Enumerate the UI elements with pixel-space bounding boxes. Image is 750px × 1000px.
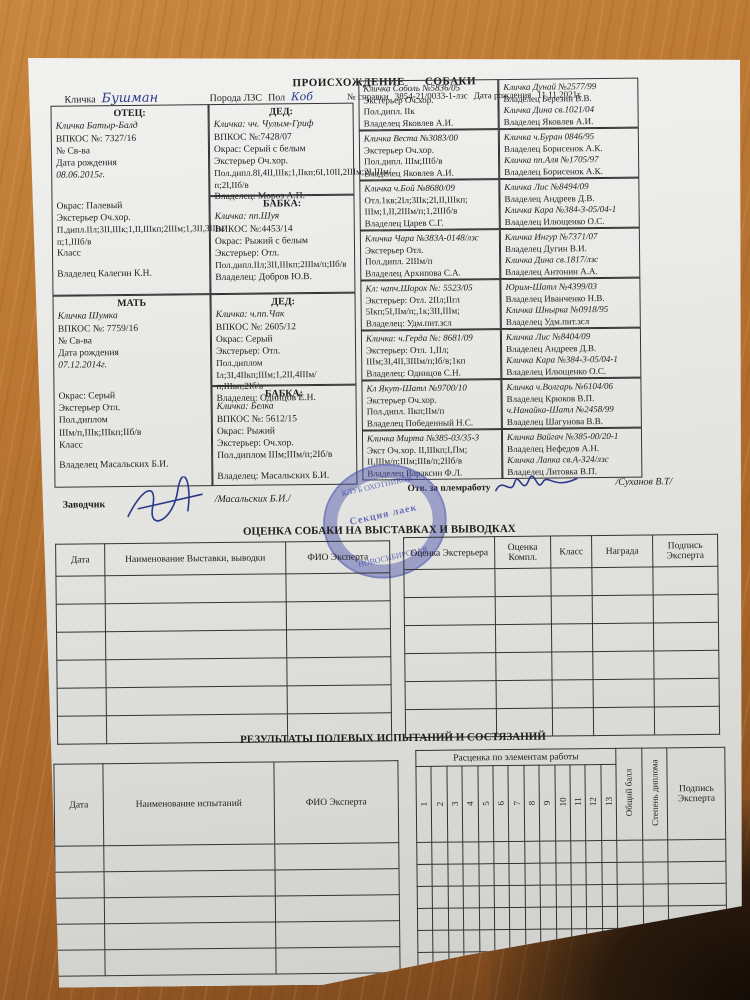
table-row [57,685,391,716]
table-cell[interactable] [417,886,433,908]
table-cell[interactable] [286,573,390,602]
column-header: Награда [592,535,653,568]
table-cell[interactable] [669,883,727,906]
great-grandparent-box: Кличка Веста №3083/00Экстерьер Оч.хор.По… [359,129,500,180]
table-cell[interactable] [275,843,399,870]
maternal-grandfather-box: ДЕД: Кличка: ч.пп.Чак ВПКОС №: 2605/12 О… [210,293,356,387]
table-cell[interactable] [653,594,718,623]
table-row [404,622,718,653]
table-row [56,947,400,977]
table-cell[interactable] [433,886,449,908]
table-row [55,895,399,925]
great-grandparent-box: Кличка Чара №383А-0148/лзсЭкстерьер Отл.… [360,229,501,280]
table-cell[interactable] [448,930,464,952]
table-cell[interactable] [642,840,668,862]
table-cell[interactable] [496,652,552,681]
table-cell[interactable] [653,566,718,595]
table-cell[interactable] [551,568,592,596]
column-header: Общий балл [616,748,643,840]
table-cell[interactable] [448,842,464,864]
table-cell[interactable] [405,681,496,710]
column-header: Подпись Эксперта [667,747,726,840]
table-cell[interactable] [540,841,556,863]
column-header: 13 [601,764,617,840]
father-box: ОТЕЦ: Кличка Батыр-Балд ВПКОС №: 7327/16… [51,104,211,296]
column-header: 12 [585,765,601,841]
table-cell[interactable] [668,861,726,884]
column-header: 4 [462,766,478,842]
table-cell[interactable] [586,885,602,907]
table-cell[interactable] [643,862,669,884]
table-cell[interactable] [55,872,104,899]
column-header: 2 [431,766,447,842]
column-header: Наименование испытаний [103,762,275,846]
table-row [405,650,719,681]
column-header: 11 [570,765,586,841]
column-header: 5 [477,766,493,842]
paternal-grandmother-box: БАБКА: Кличка: пп.Шуя ВПКОС №:4453/14 Ок… [209,195,355,295]
table-row [417,883,726,908]
table-row [56,601,390,632]
table-cell[interactable] [593,651,654,680]
table-cell[interactable] [592,595,653,624]
table-row [405,678,719,709]
table-cell[interactable] [556,907,572,929]
table-cell[interactable] [602,862,618,884]
table-cell[interactable] [105,922,276,950]
table-cell[interactable] [571,907,587,929]
column-header: ФИО Эксперта [286,541,390,574]
table-cell[interactable] [56,604,105,633]
table-cell[interactable] [57,660,106,689]
pedigree-document: ПРОИСХОЖДЕНИЕСОБАКИ Кличка Бушман Порода… [28,51,750,988]
table-cell[interactable] [417,842,433,864]
column-header: Дата [54,764,104,847]
table-cell[interactable] [617,862,643,884]
table-cell[interactable] [56,950,105,977]
mother-box: МАТЬ Кличка Шумка ВПКОС №: 7759/16 № Св-… [52,294,212,488]
great-grandparent-box: Кличка Лис №8404/09Владелец Андреев Д.В.… [501,328,642,379]
table-row [57,657,391,688]
table-cell[interactable] [525,885,541,907]
table-row [404,566,718,597]
table-cell[interactable] [552,652,593,680]
table-cell[interactable] [404,625,495,654]
table-cell[interactable] [464,908,480,930]
table-cell[interactable] [479,930,495,952]
great-grandparent-box: Юрим-Шатл №4399/03Владелец Иванченко Н.В… [500,278,641,329]
table-cell[interactable] [494,842,510,864]
table-cell[interactable] [275,869,399,896]
table-cell[interactable] [509,863,525,885]
column-header: 6 [493,766,509,842]
table-cell[interactable] [510,885,526,907]
table-cell[interactable] [276,921,400,948]
table-cell[interactable] [555,863,571,885]
table-cell[interactable] [55,898,104,925]
table-cell[interactable] [478,842,494,864]
table-cell[interactable] [540,863,556,885]
table-cell[interactable] [433,908,449,930]
table-row [56,573,390,604]
table-cell[interactable] [586,863,602,885]
table-cell[interactable] [106,658,287,688]
responsible-signature [492,470,582,501]
table-cell[interactable] [55,846,104,873]
table-cell[interactable] [509,841,525,863]
table-cell[interactable] [448,908,464,930]
table-cell[interactable] [57,716,106,745]
great-grandparent-box: Кличка Ингур №7371/07Владелец Дугин В.И.… [500,228,641,279]
table-cell[interactable] [602,906,618,928]
great-grandparent-box: Кличка Лис №8494/09Владелец Андреев Д.В.… [499,178,640,229]
table-cell[interactable] [104,870,275,898]
dog-sex: Коб [291,90,341,104]
table-cell[interactable] [654,650,719,679]
breeder-name: /Масальских Б.И./ [215,493,291,505]
great-grandparent-box: Кличка Дунай №2577/99Владелец Березин В.… [498,78,639,129]
column-header: 7 [508,765,524,841]
column-header: Оценка Экстерьера [404,537,495,570]
table-cell[interactable] [57,632,106,661]
great-grandparent-box: Кличка ч.Волгарь №6104/06Владелец Крюков… [501,378,642,429]
column-header: 8 [524,765,540,841]
table-cell[interactable] [104,844,275,872]
table-cell[interactable] [494,864,510,886]
table-cell[interactable] [432,864,448,886]
table-cell[interactable] [593,679,654,708]
table-row [417,839,726,864]
table-cell[interactable] [602,884,618,906]
table-cell[interactable] [417,864,433,886]
table-cell[interactable] [524,841,540,863]
column-header: Наименование Выставки, выводки [105,542,286,576]
table-cell[interactable] [56,924,105,951]
table-cell[interactable] [654,678,719,707]
table-row [55,869,399,899]
table-cell[interactable] [105,948,276,976]
table-row [56,921,400,951]
table-cell[interactable] [448,886,464,908]
table-cell[interactable] [555,841,571,863]
great-grandparent-box: Кличка ч.Бой №8680/09Отл.1кв;2Iл;3IIк;2I… [359,179,500,230]
table-cell[interactable] [587,907,603,929]
table-cell[interactable] [551,596,592,624]
table-cell[interactable] [510,907,526,929]
column-header: 3 [447,766,463,842]
table-cell[interactable] [432,842,448,864]
table-cell[interactable] [417,908,433,930]
table-cell[interactable] [275,895,399,922]
trials-table-left: ДатаНаименование испытанийФИО Эксперта [53,760,400,977]
column-header: Дата [56,544,105,577]
table-cell[interactable] [571,863,587,885]
table-cell[interactable] [463,842,479,864]
table-cell[interactable] [592,567,653,596]
table-cell[interactable] [405,653,496,682]
table-row: ДатаНаименование испытанийФИО Эксперта [54,761,399,847]
table-cell[interactable] [404,597,495,626]
table-cell[interactable] [287,657,391,686]
table-cell[interactable] [556,885,572,907]
table-cell[interactable] [479,864,495,886]
table-cell[interactable] [668,839,726,862]
table-row [57,629,391,660]
table-cell[interactable] [463,864,479,886]
table-cell[interactable] [494,908,510,930]
column-header: Оценка Компл. [495,536,551,569]
table-cell[interactable] [433,930,449,952]
table-cell[interactable] [552,680,593,708]
table-row [55,843,399,873]
great-grandparent-box: Кл: чапч.Шорох №: 5523/05Экстерьер: Отл.… [360,279,501,330]
table-cell[interactable] [104,896,275,924]
column-header: 1 [416,766,432,842]
table-cell[interactable] [541,907,557,929]
table-cell[interactable] [287,685,391,714]
table-cell[interactable] [601,840,617,862]
table-row: Оценка ЭкстерьераОценка Компл.КлассНагра… [404,534,718,569]
table-cell[interactable] [463,886,479,908]
maternal-grandmother-box: БАБКА: Кличка: Белка ВПКОС №: 5612/15 Ок… [211,385,357,487]
table-row [404,594,718,625]
column-header: Степень диплома [641,748,668,840]
breeder-label: Заводчик [63,499,106,510]
column-header: 9 [539,765,555,841]
table-cell[interactable] [617,884,643,906]
table-cell[interactable] [494,886,510,908]
breeder-signature [122,476,213,527]
table-cell[interactable] [643,884,669,906]
table-cell[interactable] [57,688,106,717]
table-cell[interactable] [525,907,541,929]
great-grandparent-box: Кличка Соболь №5836/05Экстерьер Оч.хор.П… [358,79,499,130]
table-cell[interactable] [586,841,602,863]
table-cell[interactable] [479,908,495,930]
column-header: ФИО Эксперта [274,761,399,844]
table-row: ДатаНаименование Выставки, выводкиФИО Эк… [56,541,390,576]
table-cell[interactable] [276,947,400,974]
table-cell[interactable] [418,930,434,952]
table-cell[interactable] [571,885,587,907]
table-cell[interactable] [106,630,287,660]
table-cell[interactable] [495,624,551,653]
great-grandparent-box: Кл Якут-Шатл №9700/10Экстерьер Оч.хор.По… [361,379,502,430]
table-cell[interactable] [495,596,551,625]
table-cell[interactable] [592,623,653,652]
table-cell[interactable] [286,601,390,630]
paternal-grandfather-box: ДЕД: Кличка: чч. Чулым-Гриф ВПКОС №:7428… [208,103,354,197]
shows-table-left: ДатаНаименование Выставки, выводкиФИО Эк… [55,540,392,744]
table-cell[interactable] [653,622,718,651]
table-row [417,861,726,886]
table-cell[interactable] [464,930,480,952]
column-header: Класс [551,536,592,568]
column-header: Подпись Эксперта [653,534,718,567]
table-cell[interactable] [540,885,556,907]
table-cell[interactable] [105,602,286,632]
table-cell[interactable] [287,629,391,658]
responsible-name: /Суханов В.Т/ [615,476,672,488]
table-cell[interactable] [106,686,287,716]
table-cell[interactable] [617,840,643,862]
great-grandparent-box: Кличка ч.Буран 0846/95Владелец Борисенок… [499,128,640,179]
table-cell[interactable] [404,569,495,598]
shows-table-right: Оценка ЭкстерьераОценка Компл.КлассНагра… [403,534,720,738]
column-header: 10 [554,765,570,841]
table-cell[interactable] [105,574,286,604]
table-cell[interactable] [496,680,552,709]
table-cell[interactable] [551,624,592,652]
table-cell[interactable] [571,841,587,863]
great-grandparent-box: Кличка: ч.Герда №: 8681/09Экстерьер: Отл… [361,329,502,380]
table-cell[interactable] [479,886,495,908]
table-cell[interactable] [525,863,541,885]
table-cell[interactable] [448,864,464,886]
table-cell[interactable] [56,576,105,605]
table-cell[interactable] [495,568,551,597]
